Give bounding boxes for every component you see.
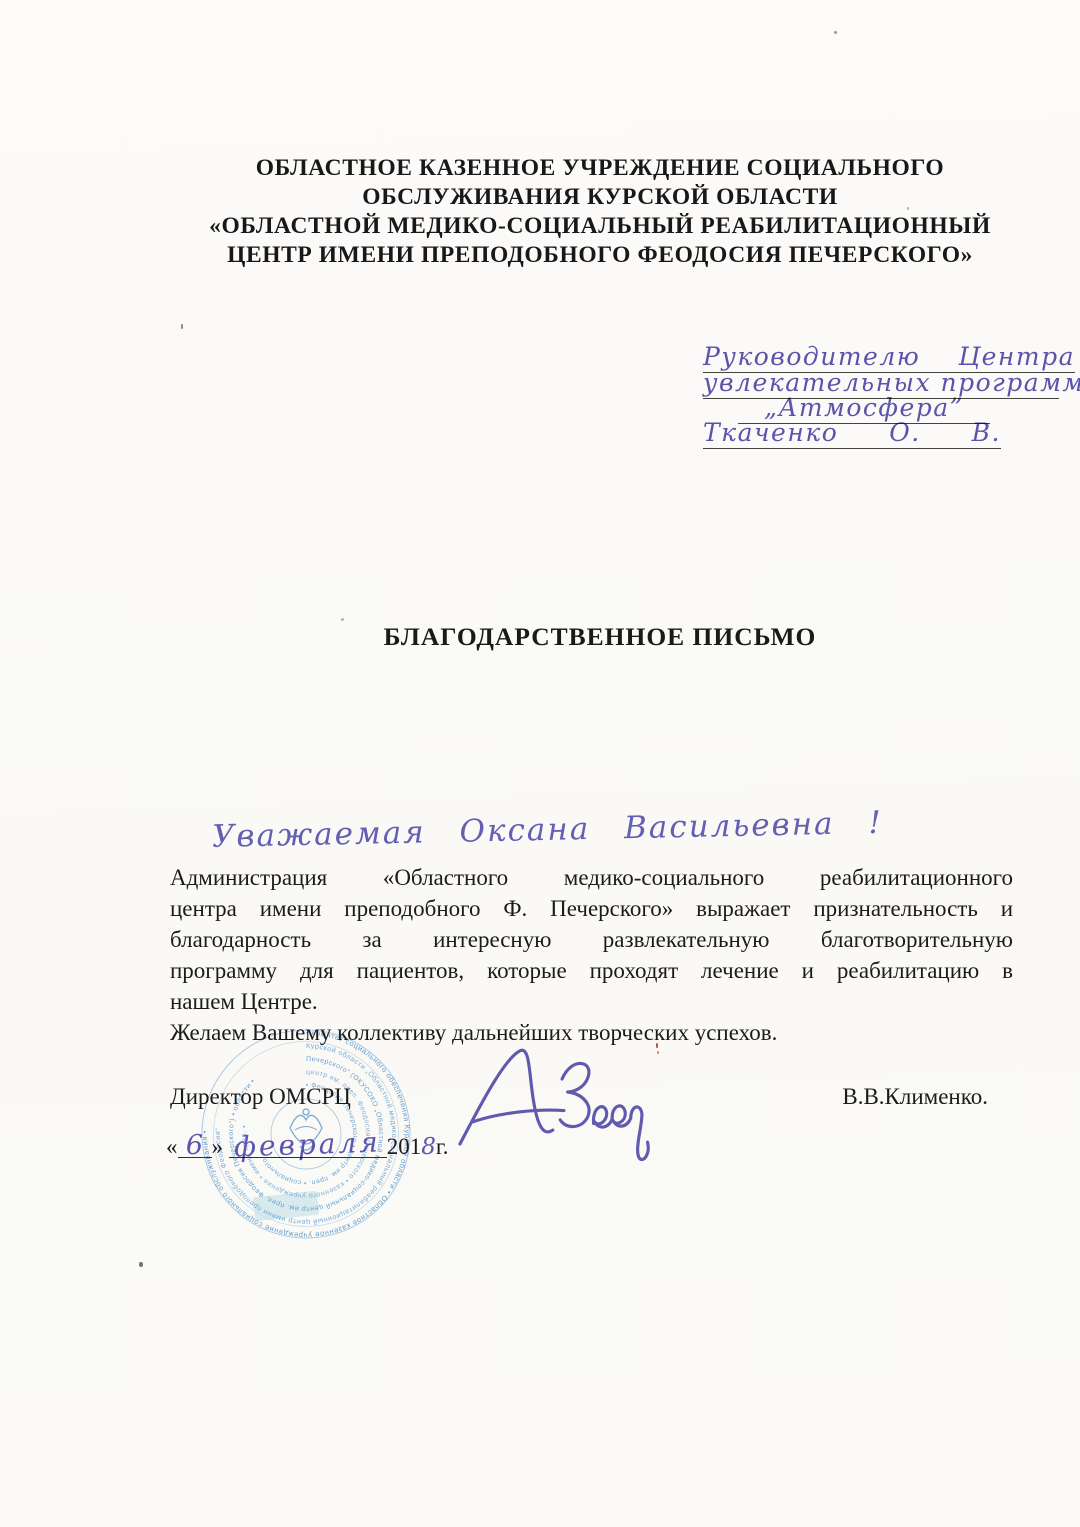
date-open-quote: «: [166, 1134, 178, 1159]
body-line: программу для пациентов, которые проходя…: [170, 955, 1013, 986]
scanned-letter-page: ОБЛАСТНОЕ КАЗЕННОЕ УЧРЕЖДЕНИЕ СОЦИАЛЬНОГ…: [0, 0, 1080, 1527]
scan-speck: [181, 324, 183, 329]
letterhead-line-3: «ОБЛАСТНОЙ МЕДИКО-СОЦИАЛЬНЫЙ РЕАБИЛИТАЦИ…: [140, 212, 1060, 241]
scan-speck: [907, 207, 909, 210]
letterhead: ОБЛАСТНОЕ КАЗЕННОЕ УЧРЕЖДЕНИЕ СОЦИАЛЬНОГ…: [140, 154, 1060, 270]
scan-speck-red: [656, 1043, 658, 1048]
date-month-handwritten: февраля: [234, 1131, 381, 1158]
letterhead-line-4: ЦЕНТР ИМЕНИ ПРЕПОДОБНОГО ФЕОДОСИЯ ПЕЧЕРС…: [140, 241, 1060, 270]
date-year-digit-handwritten: 8: [421, 1134, 436, 1160]
letter-title: БЛАГОДАРСТВЕННОЕ ПИСЬМО: [140, 622, 1060, 652]
body-line: Администрация «Областного медико-социаль…: [170, 862, 1013, 893]
scan-speck: [341, 618, 344, 621]
date-close-quote: »: [212, 1134, 224, 1159]
date-line: «6» февраля2018г.: [166, 1134, 448, 1160]
date-year-suffix: г.: [436, 1134, 449, 1159]
date-year-printed: 201: [387, 1134, 422, 1159]
salutation-handwritten: Уважаемая Оксана Васильевна !: [212, 805, 873, 855]
scan-speck: [834, 31, 837, 34]
date-month-slot: февраля: [229, 1134, 387, 1158]
letterhead-line-1: ОБЛАСТНОЕ КАЗЕННОЕ УЧРЕЖДЕНИЕ СОЦИАЛЬНОГ…: [140, 154, 1060, 183]
addressee-line-4: Ткаченко О. В.: [703, 418, 1001, 449]
director-signature: [450, 1040, 650, 1170]
body-line: центра имени преподобного Ф. Печерского»…: [170, 893, 1013, 924]
body-line: благодарность за интересную развлекатель…: [170, 924, 1013, 955]
letter-body: Администрация «Областного медико-социаль…: [170, 862, 1013, 1048]
body-line: нашем Центре.: [170, 986, 1013, 1017]
scan-speck-red: [657, 1051, 659, 1054]
signer-name: В.В.Клименко.: [842, 1084, 988, 1110]
letterhead-line-2: ОБСЛУЖИВАНИЯ КУРСКОЙ ОБЛАСТИ: [140, 183, 1060, 212]
date-day-handwritten: 6: [178, 1135, 212, 1158]
scan-speck: [139, 1262, 143, 1267]
